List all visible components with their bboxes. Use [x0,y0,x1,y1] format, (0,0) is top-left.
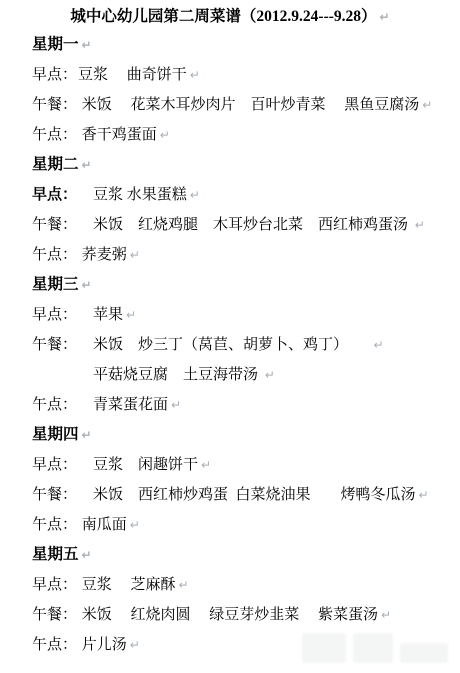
day-heading-tuesday: 星期二↵ [0,150,460,180]
day-heading-thursday: 星期四↵ [0,420,460,450]
paragraph-mark: ↵ [82,548,92,562]
day-name: 星期二 [32,156,79,173]
meal-items: 米饭 炒三丁（莴苣、胡萝卜、鸡丁） [78,337,371,353]
meal-row-lunch-continued: 平菇烧豆腐 土豆海带汤 ↵ [0,360,460,390]
meal-label: 早点： [32,300,78,330]
paragraph-mark: ↵ [82,428,92,442]
meal-label: 午餐： [32,90,78,120]
paragraph-mark: ↵ [82,278,92,292]
meal-label: 午餐： [32,330,78,360]
paragraph-mark: ↵ [419,488,429,502]
meal-items: 平菇烧豆腐 土豆海带汤 [78,367,262,383]
meal-row-breakfast: 早点： 豆浆 芝麻酥↵ [0,570,460,600]
day-heading-monday: 星期一↵ [0,30,460,60]
paragraph-mark: ↵ [130,518,140,532]
day-name: 星期一 [32,36,79,53]
meal-row-breakfast: 早点： 豆浆 水果蛋糕↵ [0,180,460,210]
meal-label: 早点： [32,570,78,600]
meal-row-lunch: 午餐： 米饭 西红柿炒鸡蛋 白菜烧油果 烤鸭冬瓜汤↵ [0,480,460,510]
watermark-shape [353,633,393,663]
paragraph-mark: ↵ [190,68,200,82]
menu-document: 城中心幼儿园第二周菜谱（2012.9.24---9.28）↵ 星期一↵ 早点：豆… [0,0,460,673]
meal-label: 午点： [32,390,78,420]
meal-row-snack: 午点： 青菜蛋花面↵ [0,390,460,420]
meal-items: 荞麦粥 [78,247,127,263]
meal-label: 午点： [32,630,78,660]
paragraph-mark: ↵ [190,188,200,202]
meal-row-breakfast: 早点： 豆浆 闲趣饼干↵ [0,450,460,480]
meal-row-breakfast: 早点： 苹果↵ [0,300,460,330]
meal-label: 早点： [32,450,78,480]
meal-items: 片儿汤 [78,637,127,653]
meal-items: 青菜蛋花面 [78,397,168,413]
meal-row-lunch: 午餐： 米饭 红烧鸡腿 木耳炒台北菜 西红柿鸡蛋汤 ↵ [0,210,460,240]
paragraph-mark: ↵ [126,308,136,322]
watermark-shape [400,643,448,663]
day-name: 星期三 [32,276,79,293]
meal-items: 南瓜面 [78,517,127,533]
meal-row-snack: 午点： 南瓜面↵ [0,510,460,540]
paragraph-mark: ↵ [201,458,211,472]
meal-items: 苹果 [78,307,123,323]
paragraph-mark: ↵ [82,38,92,52]
meal-items: 米饭 红烧鸡腿 木耳炒台北菜 西红柿鸡蛋汤 [78,217,412,233]
paragraph-mark: ↵ [415,218,425,232]
meal-row-lunch: 午餐： 米饭 炒三丁（莴苣、胡萝卜、鸡丁） ↵ [0,330,460,360]
meal-label: 早点： [32,180,78,210]
paragraph-mark: ↵ [160,128,170,142]
meal-label: 午餐： [32,600,78,630]
paragraph-mark: ↵ [422,98,432,112]
paragraph-mark: ↵ [171,398,181,412]
paragraph-mark: ↵ [265,368,275,382]
meal-label: 午点： [32,510,78,540]
meal-items: 豆浆 闲趣饼干 [78,457,198,473]
watermark-shape [302,633,346,663]
meal-items: 米饭 花菜木耳炒肉片 百叶炒青菜 黑鱼豆腐汤 [78,97,419,113]
meal-row-breakfast: 早点：豆浆 曲奇饼干↵ [0,60,460,90]
paragraph-mark: ↵ [130,248,140,262]
meal-label: 早点： [32,60,78,90]
meal-items: 豆浆 水果蛋糕 [78,187,187,203]
page-title: 城中心幼儿园第二周菜谱（2012.9.24---9.28） [70,8,376,25]
paragraph-mark: ↵ [380,10,390,24]
title-row: 城中心幼儿园第二周菜谱（2012.9.24---9.28）↵ [0,3,460,30]
meal-label: 午点： [32,120,78,150]
meal-row-snack: 午点： 荞麦粥↵ [0,240,460,270]
meal-label: 午餐： [32,210,78,240]
watermark [302,619,452,663]
meal-items: 香干鸡蛋面 [78,127,157,143]
day-name: 星期五 [32,546,79,563]
meal-label: 午餐： [32,480,78,510]
paragraph-mark: ↵ [82,158,92,172]
meal-items: 豆浆 芝麻酥 [78,577,176,593]
day-name: 星期四 [32,426,79,443]
day-heading-friday: 星期五↵ [0,540,460,570]
day-heading-wednesday: 星期三↵ [0,270,460,300]
meal-row-lunch: 午餐： 米饭 花菜木耳炒肉片 百叶炒青菜 黑鱼豆腐汤↵ [0,90,460,120]
meal-label: 午点： [32,240,78,270]
paragraph-mark: ↵ [179,578,189,592]
meal-items: 米饭 西红柿炒鸡蛋 白菜烧油果 烤鸭冬瓜汤 [78,487,416,503]
paragraph-mark: ↵ [130,638,140,652]
paragraph-mark: ↵ [374,338,384,352]
meal-row-snack: 午点： 香干鸡蛋面↵ [0,120,460,150]
meal-items: 豆浆 曲奇饼干 [78,67,187,83]
